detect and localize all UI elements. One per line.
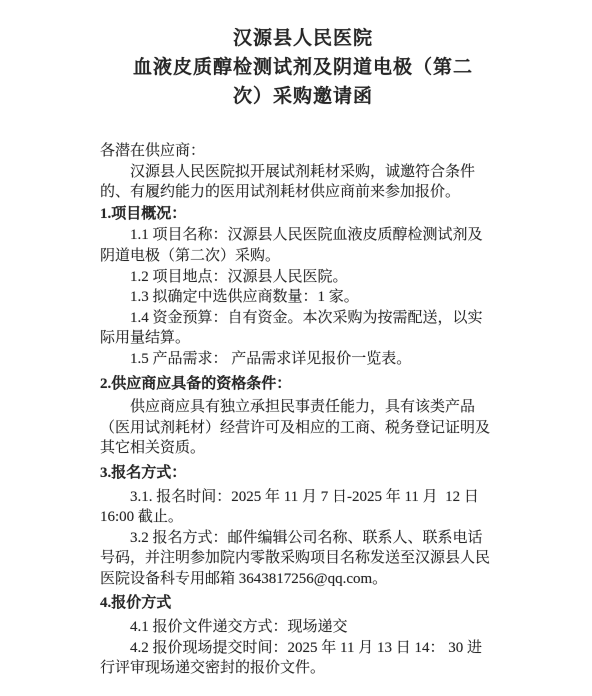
document-title: 汉源县人民医院 血液皮质醇检测试剂及阴道电极（第二 次）采购邀请函 xyxy=(7,0,592,111)
item-3-2-line-1: 3.2 报名方式：邮件编辑公司名称、联系人、联系电话 xyxy=(100,528,502,549)
section-3-heading: 3.报名方式： xyxy=(100,463,502,484)
title-line-1: 汉源县人民医院 xyxy=(7,24,592,53)
title-line-3: 次）采购邀请函 xyxy=(7,82,592,111)
item-1-2: 1.2 项目地点：汉源县人民医院。 xyxy=(100,267,502,288)
qualification-line-2: （医用试剂耗材）经营许可及相应的工商、税务登记证明及 xyxy=(100,418,502,439)
item-1-4-line-2: 际用量结算。 xyxy=(100,328,502,349)
intro-line-2: 的、有履约能力的医用试剂耗材供应商前来参加报价。 xyxy=(100,182,502,203)
item-1-1-line-1: 1.1 项目名称：汉源县人民医院血液皮质醇检测试剂及 xyxy=(100,225,502,246)
section-2-heading: 2.供应商应具备的资格条件： xyxy=(100,374,502,395)
item-3-1-line-1: 3.1. 报名时间：2025 年 11 月 7 日-2025 年 11 月 12… xyxy=(100,487,502,508)
item-3-2-line-2: 号码，并注明参加院内零散采购项目名称发送至汉源县人民 xyxy=(100,548,502,569)
section-1-heading: 1.项目概况： xyxy=(100,204,502,225)
item-1-4-line-1: 1.4 资金预算：自有资金。本次采购为按需配送，以实 xyxy=(100,308,502,329)
item-3-1-line-2: 16:00 截止。 xyxy=(100,507,502,528)
salutation: 各潜在供应商： xyxy=(100,141,502,162)
document-body: 各潜在供应商： 汉源县人民医院拟开展试剂耗材采购，诚邀符合条件 的、有履约能力的… xyxy=(0,141,592,679)
document-page: 汉源县人民医院 血液皮质醇检测试剂及阴道电极（第二 次）采购邀请函 各潜在供应商… xyxy=(0,0,592,696)
item-4-2-line-2: 行评审现场递交密封的报价文件。 xyxy=(100,658,502,679)
item-1-5: 1.5 产品需求： 产品需求详见报价一览表。 xyxy=(100,349,502,370)
item-4-2-line-1: 4.2 报价现场提交时间：2025 年 11 月 13 日 14： 30 进 xyxy=(100,638,502,659)
section-4-heading: 4.报价方式 xyxy=(100,593,502,614)
qualification-line-3: 其它相关资质。 xyxy=(100,438,502,459)
qualification-line-1: 供应商应具有独立承担民事责任能力，具有该类产品 xyxy=(100,397,502,418)
item-1-1-line-2: 阴道电极（第二次）采购。 xyxy=(100,246,502,267)
title-line-2: 血液皮质醇检测试剂及阴道电极（第二 xyxy=(7,53,592,82)
item-1-3: 1.3 拟确定中选供应商数量：1 家。 xyxy=(100,287,502,308)
item-4-1: 4.1 报价文件递交方式：现场递交 xyxy=(100,617,502,638)
item-3-2-line-3: 医院设备科专用邮箱 3643817256@qq.com。 xyxy=(100,569,502,590)
intro-line-1: 汉源县人民医院拟开展试剂耗材采购，诚邀符合条件 xyxy=(100,162,502,183)
